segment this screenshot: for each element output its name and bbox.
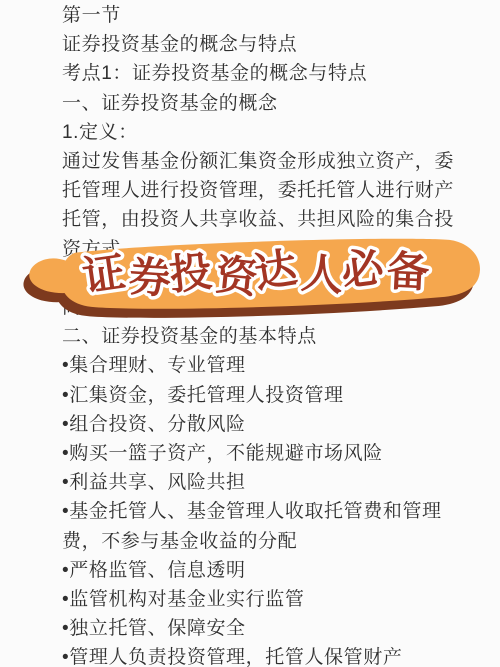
text-line: •集合理财、专业管理 bbox=[62, 351, 470, 380]
text-line: •基金托管人、基金管理人收取托管费和管理 bbox=[62, 497, 470, 526]
text-line: •购买一篮子资产，不能规避市场风险 bbox=[62, 439, 470, 468]
text-line: •汇集资金，委托管理人投资管理 bbox=[62, 381, 470, 410]
text-line: 资方式 bbox=[62, 235, 470, 264]
text-line: 一、证券投资基金的概念 bbox=[62, 89, 470, 118]
text-line: •组合投资、分散风险 bbox=[62, 410, 470, 439]
text-line: 1.定义： bbox=[62, 118, 470, 147]
notes-page: 第一节证券投资基金的概念与特点考点1：证券投资基金的概念与特点一、证券投资基金的… bbox=[0, 0, 500, 667]
text-line bbox=[62, 264, 470, 293]
text-line: 二、证券投资基金的基本特点 bbox=[62, 322, 470, 351]
text-line: 第一节 bbox=[62, 1, 470, 30]
text-line: •独立托管、保障安全 bbox=[62, 614, 470, 643]
text-line: 托管，由投资人共享收益、共担风险的集合投 bbox=[62, 205, 470, 234]
text-line: 费，不参与基金收益的分配 bbox=[62, 527, 470, 556]
text-line: •管理人负责投资管理，托管人保管财产 bbox=[62, 643, 470, 667]
text-line: •利益共享、风险共担 bbox=[62, 468, 470, 497]
document-text: 第一节证券投资基金的概念与特点考点1：证券投资基金的概念与特点一、证券投资基金的… bbox=[62, 1, 470, 667]
text-line: 通过发售基金份额汇集资金形成独立资产，委 bbox=[62, 147, 470, 176]
text-line: •严格监管、信息透明 bbox=[62, 556, 470, 585]
text-line: 考点1：证券投资基金的概念与特点 bbox=[62, 59, 470, 88]
text-line: 间接通过管理人代理投资。 bbox=[62, 293, 470, 322]
text-line: 证券投资基金的概念与特点 bbox=[62, 30, 470, 59]
text-line: •监管机构对基金业实行监管 bbox=[62, 585, 470, 614]
text-line: 托管理人进行投资管理，委托托管人进行财产 bbox=[62, 176, 470, 205]
